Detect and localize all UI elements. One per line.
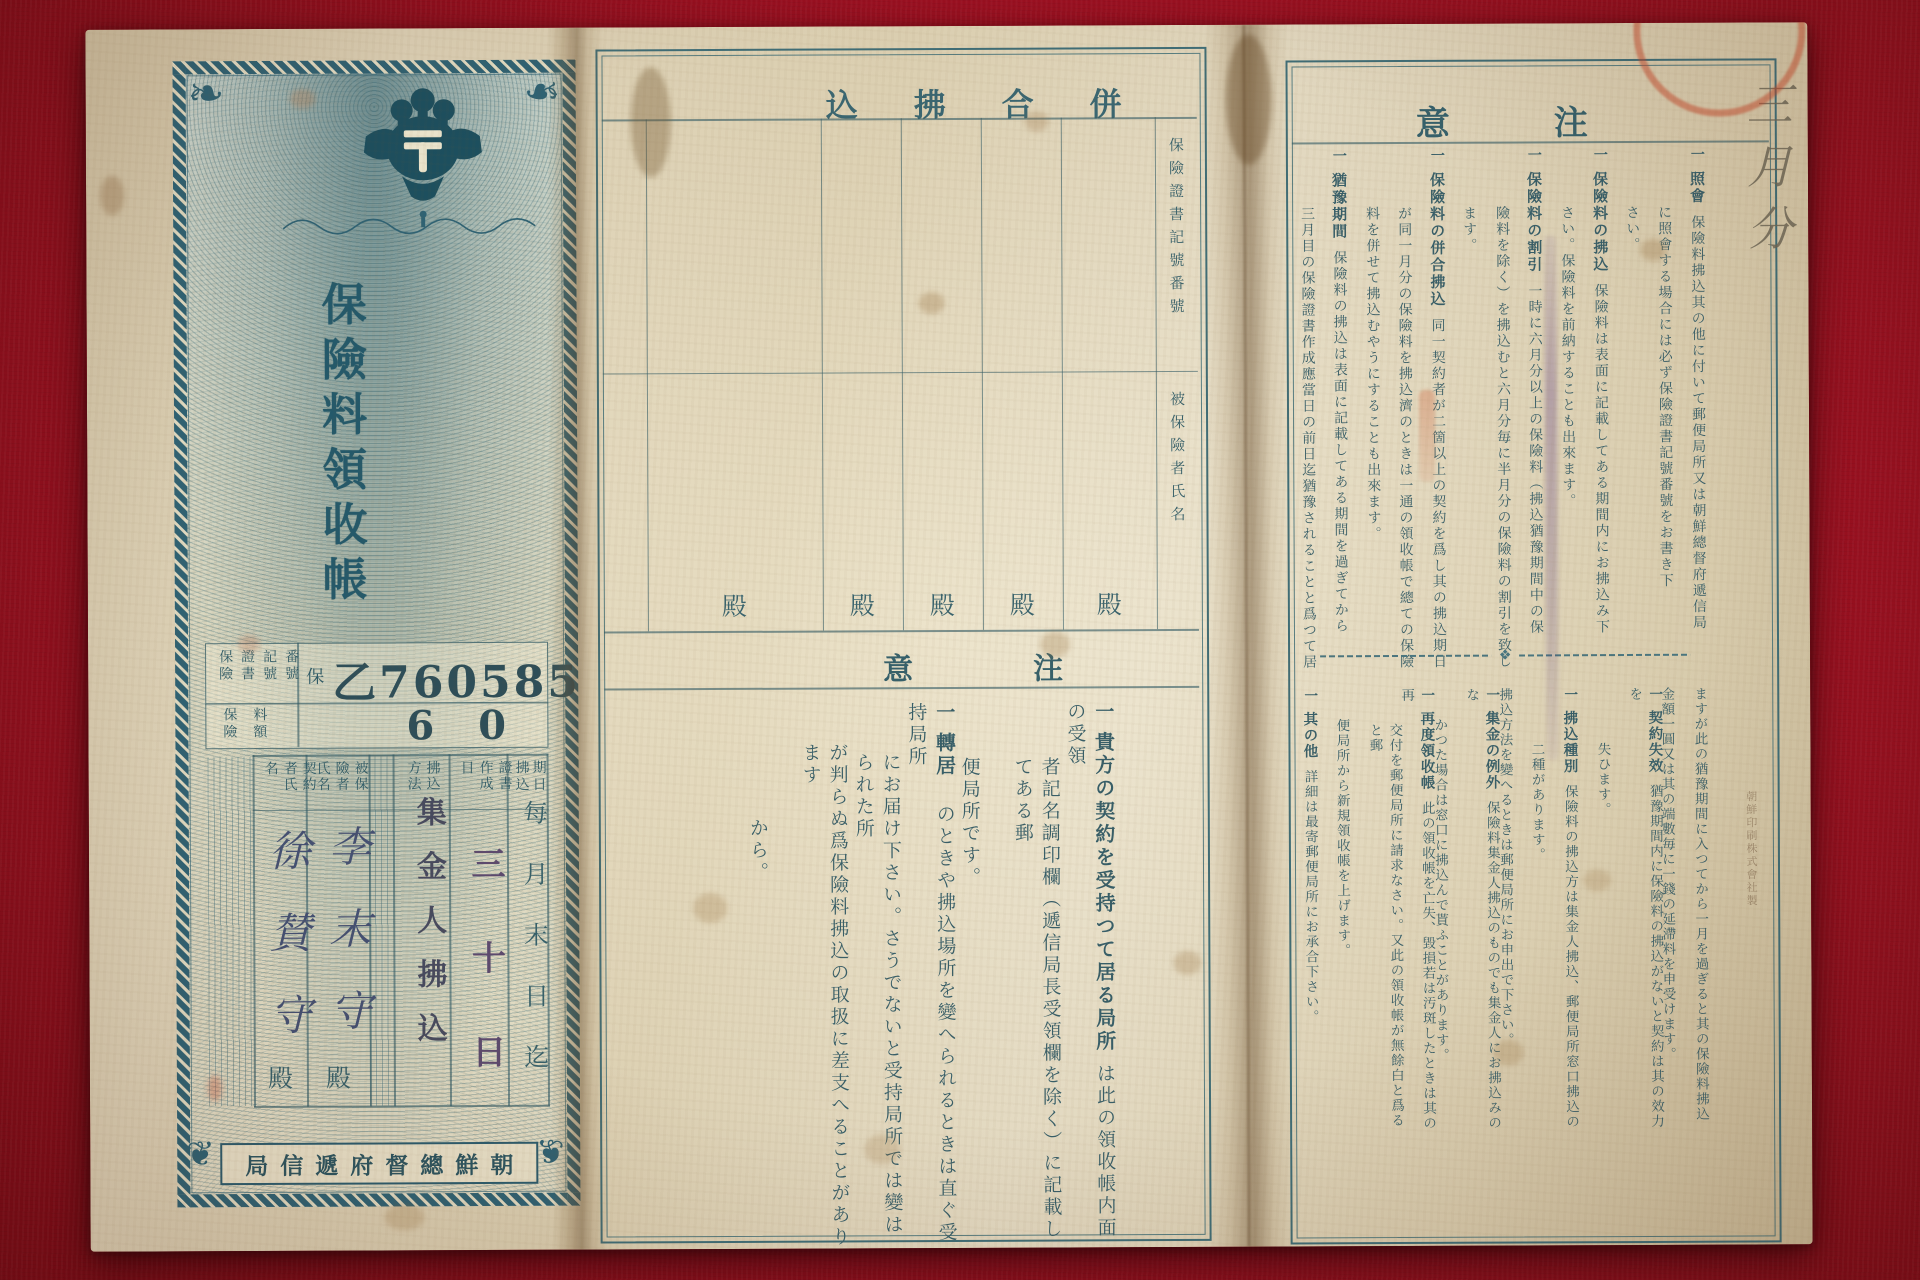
red-ink-mark [1419, 390, 1435, 482]
decorative-wave-strip [208, 757, 255, 1106]
stain [1640, 239, 1666, 261]
agency-banner: 局信遞府督總鮮朝 [220, 1142, 538, 1185]
notice-column: 失ひます。 [1592, 742, 1612, 817]
middle-notice-text: 一貴方の契約を受持つて居る局所は此の領收帳内面の受領 者記名調印欄（遞信局長受領… [741, 701, 1213, 1251]
scroll-ornament-icon: ❦ [186, 1137, 215, 1171]
receipt-book-document: ❧ ❧ 保險料領收帳 保險證書記號番號 保 乙760585 保 [85, 22, 1812, 1252]
premium-amount-value: 60 [406, 702, 550, 750]
notice-column: 一保險料の拂込保險料は表面に記載してある期間内にお拂込み下 [1590, 147, 1613, 635]
notice-column: に照會する場合には必ず保險證書記號番號をお書き下 [1654, 205, 1676, 589]
honorific-dono: 殿 [850, 586, 875, 622]
col-header-method: 拂込方法 [404, 760, 442, 800]
stain [1025, 112, 1049, 132]
notice-column: 一集金の例外保險料集金人拂込のものでも集金人にお拂込みのな [1461, 688, 1504, 1133]
notice-column: ますが此の猶豫期間に入つてから一月を過ぎると其の保險料拂込 [1689, 687, 1711, 1122]
honorific-dono: 殿 [1097, 585, 1122, 621]
notice-column: 便局所から新規領收帳を上げます。 [1331, 718, 1352, 958]
row-label-insured-name: 被保險者氏名 [1167, 391, 1189, 619]
policy-number-prefix: 保 [306, 663, 324, 689]
col-header-insured: 被保險者氏名 [313, 761, 370, 801]
stain [100, 176, 124, 216]
scroll-ornament-icon: ❧ [188, 72, 225, 116]
issue-date-value: 三十日 [461, 846, 511, 1128]
stain [238, 635, 260, 653]
cover-title: 保險料領收帳 [307, 281, 373, 611]
notice-column: 二種があります。 [1526, 742, 1547, 862]
stain [290, 89, 316, 109]
fold-crease [547, 28, 608, 1250]
header-char: 注 [1554, 95, 1588, 144]
col-header-contractor: 契約者氏名 [261, 761, 318, 801]
notice-column: ます。 [1459, 206, 1479, 254]
notice-column: 一拂込種別保險料の拂込方は集金人拂込、郵便局所窓口拂込の [1559, 687, 1582, 1129]
stain [693, 893, 727, 923]
notice-column: さい。 [1622, 205, 1642, 253]
notice-column: さい。保險料を前納することも出來ます。 [1557, 205, 1578, 509]
header-char: 意 [883, 644, 913, 688]
row-label-policy-number: 保險證書記號番號 [1166, 137, 1188, 367]
honorific-dono: 殿 [1010, 586, 1035, 622]
notice-column: 一保險料の割引一時に六月分以上の保險料（拂込猶豫期間中の保 [1524, 147, 1547, 635]
notice-column: 一其の他詳細は最寄郵便局所にお承合下さい。 [1299, 688, 1321, 1024]
honorific-dono: 殿 [930, 586, 955, 622]
col-header-due-date: 拂込期日 [513, 760, 547, 800]
stain [1225, 35, 1272, 165]
stain [384, 1204, 424, 1230]
notice-column: 一轉居のときや拂込場所を變へられるときは直ぐ受持局所 [903, 702, 961, 1250]
divider-line [1320, 655, 1491, 658]
right-notice-section1: 一照會保險料拂込其の他に付いて郵便局所又は朝鮮總督府遞信局 に照會する場合には必… [1296, 146, 1768, 676]
header-char: 意 [1416, 96, 1450, 145]
premium-amount-label: 保險料額 [214, 707, 274, 747]
honorific-dono: 殿 [268, 1059, 293, 1095]
middle-notice-header: 意 注 [883, 644, 1063, 689]
notice-column: 交付を郵便局所に請求なさい。又此の領收帳が無餘白と爲ると郵 [1364, 723, 1406, 1133]
notice-column: 便局所です。 [957, 757, 985, 889]
notice-column: 者記名調印欄（遞信局長受領欄を除く）に記載してある郵 [1010, 757, 1066, 1250]
honorific-dono: 殿 [722, 587, 747, 623]
stain [1173, 951, 1201, 975]
stain [918, 292, 944, 314]
notice-column: 料を併せて拂込むやうにすることも出來ます。 [1362, 206, 1383, 542]
policy-number-label: 保險證書記號番號 [214, 649, 302, 697]
notice-column: 一契約失效猶豫期間内に保險料の拂込がないと契約は其の效力を [1624, 687, 1667, 1132]
col-header-issue-date: 證書作成日 [457, 760, 514, 800]
purple-ink-smear [1544, 235, 1558, 760]
payment-method-value: 集金人拂込 [406, 796, 451, 1066]
contractor-name-handwritten: 徐賛守 [257, 829, 318, 1075]
agency-name: 局信遞府督總鮮朝 [233, 1146, 525, 1180]
due-date-value: 每月末日迄 [516, 800, 553, 1105]
stain [1494, 1039, 1524, 1065]
stain [631, 67, 671, 177]
stain [864, 1134, 900, 1164]
notice-column: 一貴方の契約を受持つて居る局所は此の領收帳内面の受領 [1062, 701, 1120, 1249]
notice-column: から。 [745, 818, 772, 884]
honorific-dono: 殿 [326, 1059, 351, 1095]
right-notice-header: 意 注 [1416, 95, 1588, 145]
notice-column: が同一月分の保險料を拂込濟のときは一通の領收帳で總ての保險 [1394, 206, 1416, 670]
wave-divider-icon [281, 204, 566, 245]
notice-column: 一猶豫期間保險料の拂込は表面に記載してある期間を過ぎてから [1329, 148, 1352, 634]
stain [1040, 631, 1070, 657]
section-divider: ❖ [1320, 643, 1690, 669]
divider-line [1519, 654, 1690, 657]
insured-name-handwritten: 李末守 [317, 824, 378, 1070]
notice-column: 三月目の保險證書作成應當日の前日迄猶豫されることと爲つて居 [1297, 206, 1319, 670]
stain [1583, 869, 1611, 891]
communications-bureau-crest-icon [358, 84, 489, 205]
right-notice-section2: ますが此の猶豫期間に入つてから一月を過ぎると其の保險料拂込 金額一圓又は其の端數… [1298, 686, 1770, 1133]
printer-imprint: 朝鮮印刷株式會社製 [1743, 790, 1760, 907]
diamond-ornament-icon: ❖ [1499, 648, 1512, 664]
notice-column: が判らぬ爲保險料拂込の取扱に差支へることがあります [797, 742, 853, 1250]
stain [208, 1075, 222, 1101]
notice-column: にお届け下さい。さうでないと受持局所では變はられた所 [851, 752, 907, 1250]
notice-column: 一照會保險料拂込其の他に付いて郵便局所又は朝鮮總督府遞信局 [1687, 147, 1710, 631]
notice-column: 險料を除く）を拂込むと六月分毎に半月分の保險料の割引を致し [1492, 206, 1514, 670]
